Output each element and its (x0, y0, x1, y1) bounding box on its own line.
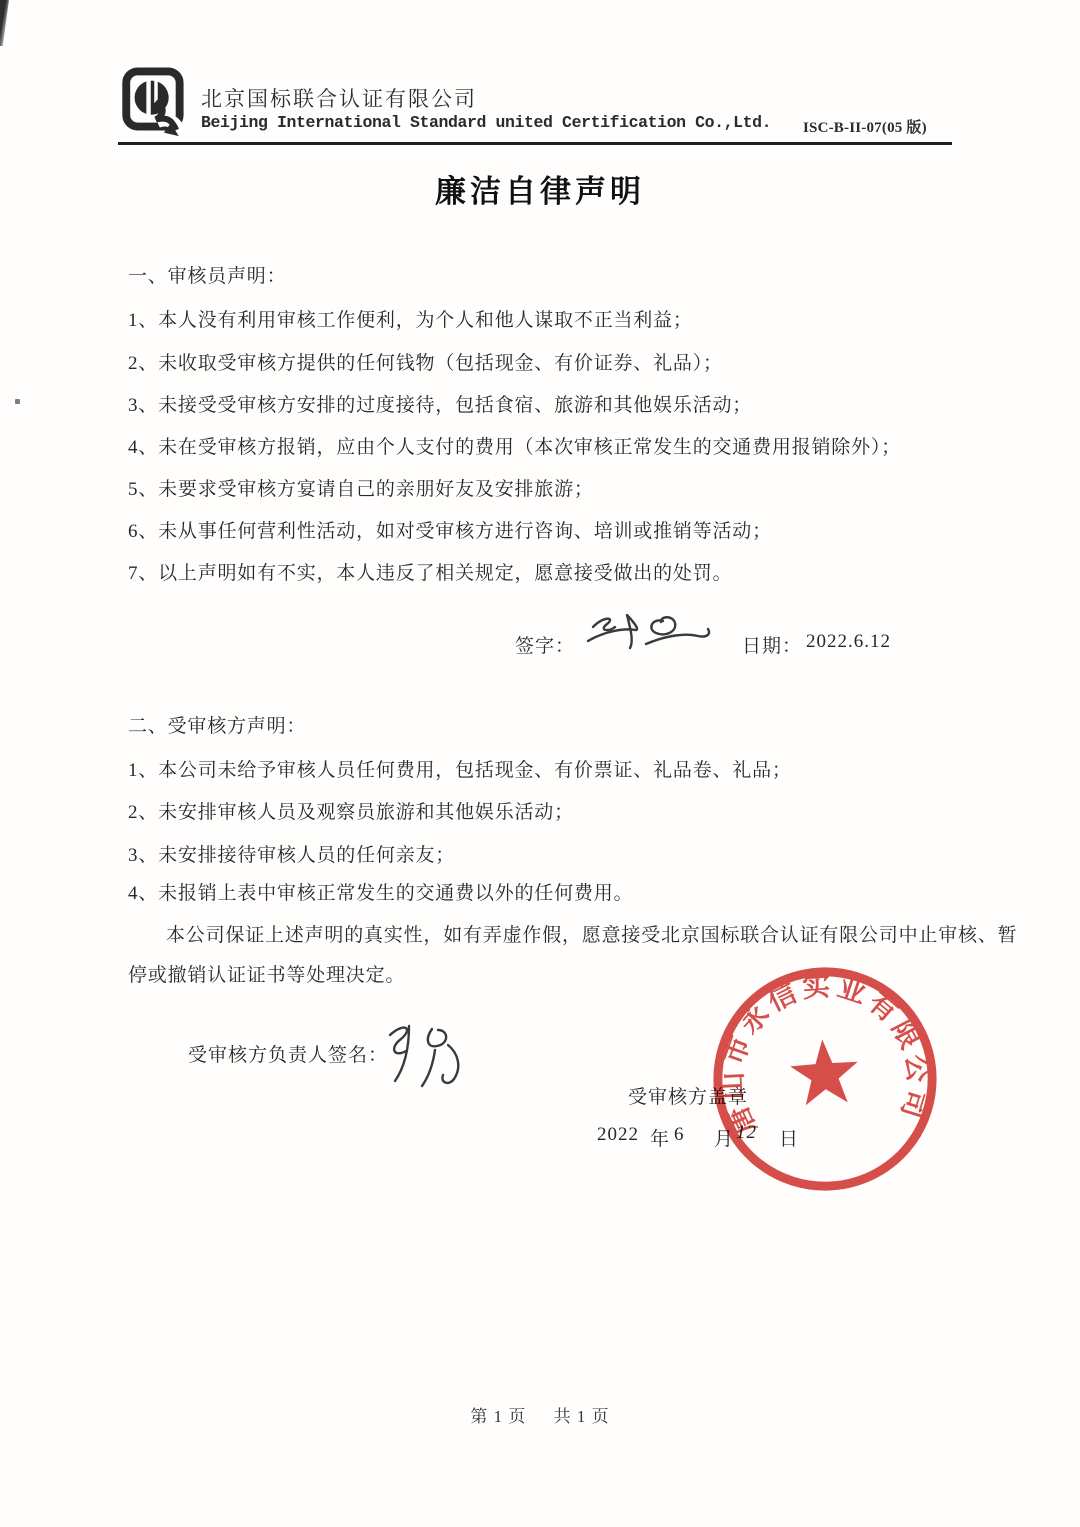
auditor-date-label: 日期： (742, 631, 802, 658)
page-footer: 第 1 页 共 1 页 (0, 1402, 1080, 1427)
scan-corner-artifact (0, 0, 9, 46)
scanned-document-page: 北京国标联合认证有限公司 Beijing International Stand… (0, 0, 1080, 1527)
company-seal-stamp: 唐山市永信实业有限公司 (698, 952, 952, 1206)
company-name-cn: 北京国标联合认证有限公司 (201, 83, 477, 113)
auditee-sign-label: 受审核方负责人签名： (188, 1040, 388, 1067)
scan-speck (15, 399, 20, 404)
auditor-item: 6、未从事任何营利性活动，如对受审核方进行咨询、培训或推销等活动； (128, 516, 772, 543)
document-code: ISC-B-II-07(05 版) (803, 116, 927, 137)
auditor-item: 2、未收取受审核方提供的任何钱物（包括现金、有价证券、礼品）； (128, 348, 723, 375)
auditor-handwritten-signature (583, 605, 718, 663)
seal-date-year: 2022 (597, 1124, 639, 1146)
seal-date-month: 6 (674, 1124, 685, 1146)
guarantee-line: 停或撤销认证证书等处理决定。 (128, 960, 405, 987)
red-star-icon (788, 1037, 860, 1106)
auditor-item: 1、本人没有利用审核工作便利，为个人和他人谋取不正当利益； (128, 305, 693, 332)
auditor-item: 5、未要求受审核方宴请自己的亲朋好友及安排旅游； (128, 474, 594, 501)
page-title: 廉洁自律声明 (0, 166, 1080, 211)
auditor-item: 7、以上声明如有不实，本人违反了相关规定，愿意接受做出的处罚。 (128, 558, 732, 585)
seal-date-year-unit: 年 (650, 1124, 670, 1151)
auditor-item: 4、未在受审核方报销，应由个人支付的费用（本次审核正常发生的交通费用报销除外）； (128, 432, 901, 459)
auditee-item: 4、未报销上表中审核正常发生的交通费以外的任何费用。 (128, 878, 633, 905)
footer-page-total: 共 1 页 (554, 1407, 610, 1426)
auditor-sign-label: 签字： (515, 631, 575, 658)
auditee-handwritten-signature (376, 1015, 484, 1093)
auditor-date-value: 2022.6.12 (806, 631, 891, 653)
auditor-section-heading: 一、审核员声明： (128, 261, 286, 288)
header-divider (118, 142, 952, 145)
auditee-item: 2、未安排审核人员及观察员旅游和其他娱乐活动； (128, 797, 574, 824)
auditor-item: 3、未接受受审核方安排的过度接待，包括食宿、旅游和其他娱乐活动； (128, 390, 752, 417)
footer-page-number: 第 1 页 (470, 1407, 526, 1426)
auditee-item: 3、未安排接待审核人员的任何亲友； (128, 840, 455, 867)
certification-logo-icon (121, 66, 191, 138)
guarantee-line: 本公司保证上述声明的真实性，如有弄虚作假，愿意接受北京国标联合认证有限公司中止审… (128, 920, 1017, 947)
company-name-en: Beijing International Standard united Ce… (201, 113, 771, 132)
auditee-section-heading: 二、受审核方声明： (128, 711, 306, 738)
auditee-item: 1、本公司未给予审核人员任何费用，包括现金、有价票证、礼品卷、礼品； (128, 755, 792, 782)
